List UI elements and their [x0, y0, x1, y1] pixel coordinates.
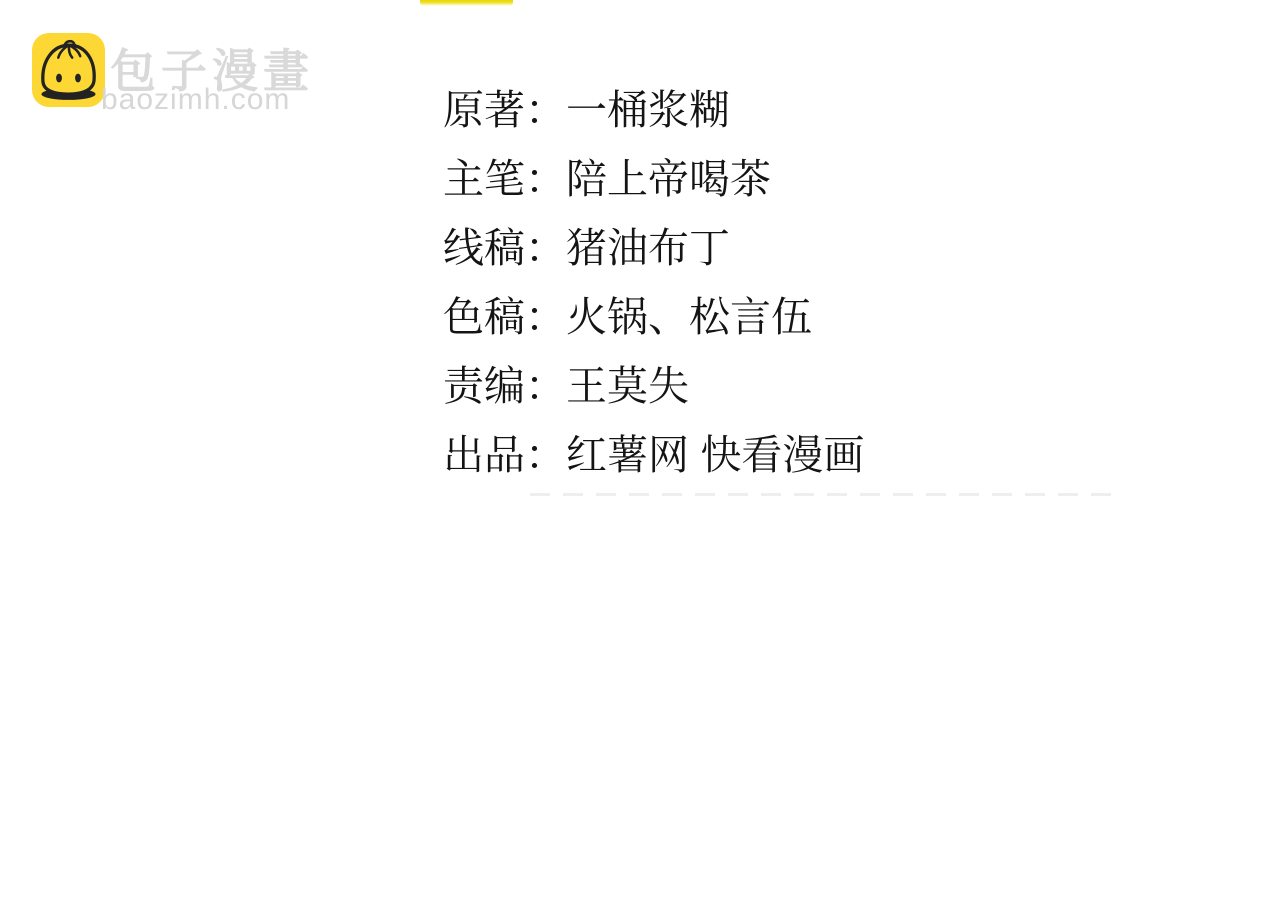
- credit-row-original-author: 原著：一桶浆糊: [443, 76, 864, 145]
- credit-colon: ：: [525, 87, 566, 133]
- credit-row-coloring: 色稿：火锅、松言伍: [443, 283, 864, 352]
- credit-label: 主笔: [443, 156, 525, 202]
- credit-row-publisher: 出品：红薯网 快看漫画: [443, 421, 864, 490]
- credit-colon: ：: [525, 294, 566, 340]
- top-banner-fragment: [420, 0, 513, 6]
- credit-value: 猪油布丁: [566, 225, 730, 271]
- credit-colon: ：: [525, 363, 566, 409]
- brand-domain: baozimh.com: [101, 83, 290, 117]
- credit-row-lead-artist: 主笔：陪上帝喝茶: [443, 145, 864, 214]
- credit-colon: ：: [525, 225, 566, 271]
- credit-label: 色稿: [443, 294, 525, 340]
- credit-value: 王莫失: [566, 363, 689, 409]
- credit-value: 红薯网 快看漫画: [566, 432, 864, 478]
- credit-label: 责编: [443, 363, 525, 409]
- credit-colon: ：: [525, 156, 566, 202]
- credit-value: 一桶浆糊: [566, 87, 730, 133]
- credit-row-line-art: 线稿：猪油布丁: [443, 214, 864, 283]
- credit-label: 出品: [443, 432, 525, 478]
- faint-dashed-line: [530, 493, 1112, 496]
- baozi-logo-icon: [32, 33, 105, 107]
- credits-list: 原著：一桶浆糊 主笔：陪上帝喝茶 线稿：猪油布丁 色稿：火锅、松言伍 责编：王莫…: [443, 76, 864, 490]
- credit-row-editor: 责编：王莫失: [443, 352, 864, 421]
- credit-value: 火锅、松言伍: [566, 294, 812, 340]
- comic-credits-page: { "page": { "background": "#ffffff" }, "…: [0, 0, 1280, 920]
- credit-label: 线稿: [443, 225, 525, 271]
- credit-label: 原著: [443, 87, 525, 133]
- credit-value: 陪上帝喝茶: [566, 156, 771, 202]
- credit-colon: ：: [525, 432, 566, 478]
